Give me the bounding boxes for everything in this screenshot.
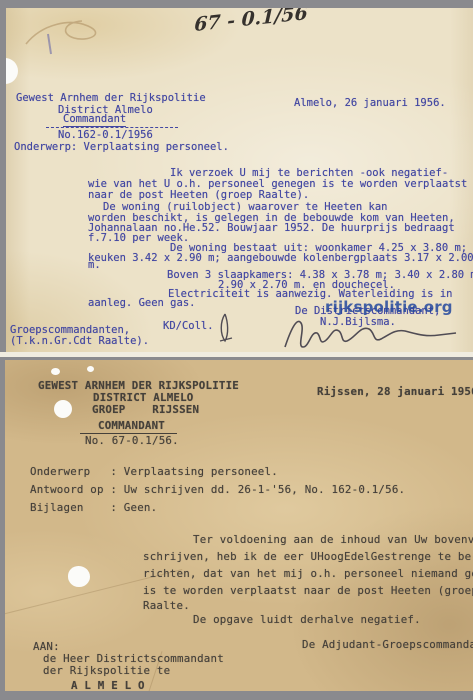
body-line: richten, dat van het mij o.h. personeel …: [143, 568, 473, 580]
addressee-line: der Rijkspolitie te: [43, 665, 170, 677]
sender-org-line: Commandant: [63, 114, 126, 127]
handwritten-initials: [215, 312, 235, 346]
document-scan: 67 - 0.1/56 Gewest Arnhem der Rijkspolit…: [0, 0, 473, 700]
reference-number: No. 67-0.1/56.: [85, 435, 179, 447]
typed-dash-rule: [46, 127, 178, 128]
addressee-city: A L M E L O: [71, 680, 145, 691]
sender-org-line: Gewest Arnhem der Rijkspolitie: [16, 93, 206, 104]
paperclip-rust-mark: [18, 12, 168, 62]
signature: [271, 311, 461, 352]
rijkspolitie-org-watermark: rijkspolitie.org: [325, 298, 453, 316]
body-line: schrijven, heb ik de eer UHoogEdelGestre…: [143, 551, 473, 563]
punch-hole: [6, 58, 18, 84]
signer-title: De Adjudant-Groepscommandant,: [302, 639, 473, 651]
body-line: m.: [88, 260, 101, 271]
handwritten-file-number: 67 - 0.1/56: [194, 8, 308, 36]
in-reply-to-line: Antwoord op : Uw schrijven dd. 26-1-'56,…: [30, 484, 405, 496]
subject-line: Onderwerp : Verplaatsing personeel.: [30, 466, 278, 478]
subject-line: Onderwerp: Verplaatsing personeel.: [14, 142, 229, 153]
cc-line: (T.k.n.Gr.Cdt Raalte).: [10, 336, 149, 347]
body-line: Ter voldoening aan de inhoud van Uw bove…: [193, 534, 473, 546]
place-and-date: Almelo, 26 januari 1956.: [294, 98, 446, 109]
typist-reference: KD/Coll.: [163, 321, 214, 332]
place-and-date: Rijssen, 28 januari 1956: [317, 386, 473, 398]
body-line: is te worden verplaatst naar de post Hee…: [143, 585, 473, 597]
enclosures-line: Bijlagen : Geen.: [30, 502, 157, 514]
body-line: De opgave luidt derhalve negatief.: [193, 614, 421, 626]
sheet-edge: [0, 352, 473, 357]
body-line: naar de post Heeten (groep Raalte).: [88, 190, 309, 201]
reference-number: No.162-0.1/1956: [58, 130, 153, 141]
body-line: keuken 3.42 x 2.90 m; aangebouwde kolenb…: [88, 253, 473, 264]
body-line: Raalte.: [143, 600, 190, 612]
letter-rijssen-text-layer: No. 67-0.1/56. Rijssen, 28 januari 1956 …: [5, 360, 473, 691]
body-line: aanleg. Geen gas.: [88, 298, 195, 309]
